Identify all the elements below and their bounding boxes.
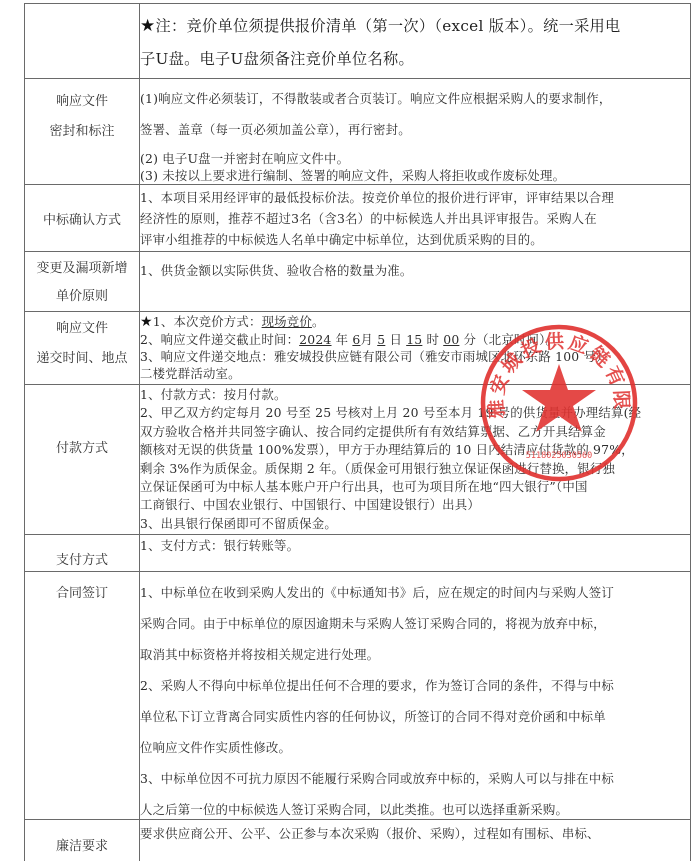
row-label-price-change: 变更及漏项新增 单价原则: [25, 252, 140, 312]
star-icon: ★: [140, 314, 153, 330]
table-row-payment-terms: 付款方式 1、付款方式：按月付款。 2、甲乙双方约定每月 20 号至 25 号核…: [25, 385, 691, 535]
table-row-award-method: 中标确认方式 1、本项目采用经评审的最低投标价法。按竞价单位的报价进行评审，评审…: [25, 185, 691, 252]
row-label-sealing: 响应文件 密封和标注: [25, 79, 140, 185]
table-row-sealing: 响应文件 密封和标注 (1)响应文件必须装订，不得散装或者合页装订。响应文件应根…: [25, 79, 691, 185]
row-label-contract-signing: 合同签订: [25, 572, 140, 820]
row-content-price-change: 1、供货金额以实际供货、验收合格的数量为准。: [140, 252, 691, 312]
row-content-award-method: 1、本项目采用经评审的最低投标价法。按竞价单位的报价进行评审，评审结果以合理 经…: [140, 185, 691, 252]
star-icon: ★: [140, 16, 156, 36]
location-line: 3、响应文件递交地点：雅安城投供应链有限公司（雅安市雨城区北环东路 100 号）: [140, 348, 690, 365]
row-label-award-method: 中标确认方式: [25, 185, 140, 252]
row-content-sealing: (1)响应文件必须装订，不得散装或者合页装订。响应文件应根据采购人的要求制作， …: [140, 79, 691, 185]
table-row-contract-signing: 合同签订 1、中标单位在收到采购人发出的《中标通知书》后，应在规定的时间内与采购…: [25, 572, 691, 820]
bidding-method-value: 现场竞价: [262, 314, 312, 329]
row-label-payment-method: 支付方式: [25, 535, 140, 572]
row-content-note: ★注：竞价单位须提供报价清单（第一次）（excel 版本）。统一采用电 子U盘。…: [140, 4, 691, 79]
row-label-payment-terms: 付款方式: [25, 385, 140, 535]
table-row-integrity: 廉洁要求 要求供应商公开、公平、公正参与本次采购（报价、采购），过程如有围标、串…: [25, 820, 691, 861]
row-content-integrity: 要求供应商公开、公平、公正参与本次采购（报价、采购），过程如有围标、串标、: [140, 820, 691, 861]
deadline-line: 2、响应文件递交截止时间：2024 年 6月 5 日 15 时 00 分（北京时…: [140, 331, 690, 348]
row-content-contract-signing: 1、中标单位在收到采购人发出的《中标通知书》后，应在规定的时间内与采购人签订 采…: [140, 572, 691, 820]
table-row-submission: 响应文件 递交时间、地点 ★1、本次竞价方式：现场竞价。 2、响应文件递交截止时…: [25, 312, 691, 385]
row-content-payment-terms: 1、付款方式：按月付款。 2、甲乙双方约定每月 20 号至 25 号核对上月 2…: [140, 385, 691, 535]
row-content-submission: ★1、本次竞价方式：现场竞价。 2、响应文件递交截止时间：2024 年 6月 5…: [140, 312, 691, 385]
note-line-2: 子U盘。电子U盘须备注竞价单位名称。: [140, 47, 690, 71]
table-row-note: ★注：竞价单位须提供报价清单（第一次）（excel 版本）。统一采用电 子U盘。…: [25, 4, 691, 79]
row-content-payment-method: 1、支付方式：银行转账等。: [140, 535, 691, 572]
table-row-price-change: 变更及漏项新增 单价原则 1、供货金额以实际供货、验收合格的数量为准。: [25, 252, 691, 312]
row-label-empty: [25, 4, 140, 79]
procurement-requirements-table: ★注：竞价单位须提供报价清单（第一次）（excel 版本）。统一采用电 子U盘。…: [24, 3, 691, 861]
note-line-1: 注：竞价单位须提供报价清单（第一次）（excel 版本）。统一采用电: [156, 17, 621, 35]
document-page: ★注：竞价单位须提供报价清单（第一次）（excel 版本）。统一采用电 子U盘。…: [0, 0, 693, 861]
row-label-integrity: 廉洁要求: [25, 820, 140, 861]
table-row-payment-method: 支付方式 1、支付方式：银行转账等。: [25, 535, 691, 572]
row-label-submission: 响应文件 递交时间、地点: [25, 312, 140, 385]
